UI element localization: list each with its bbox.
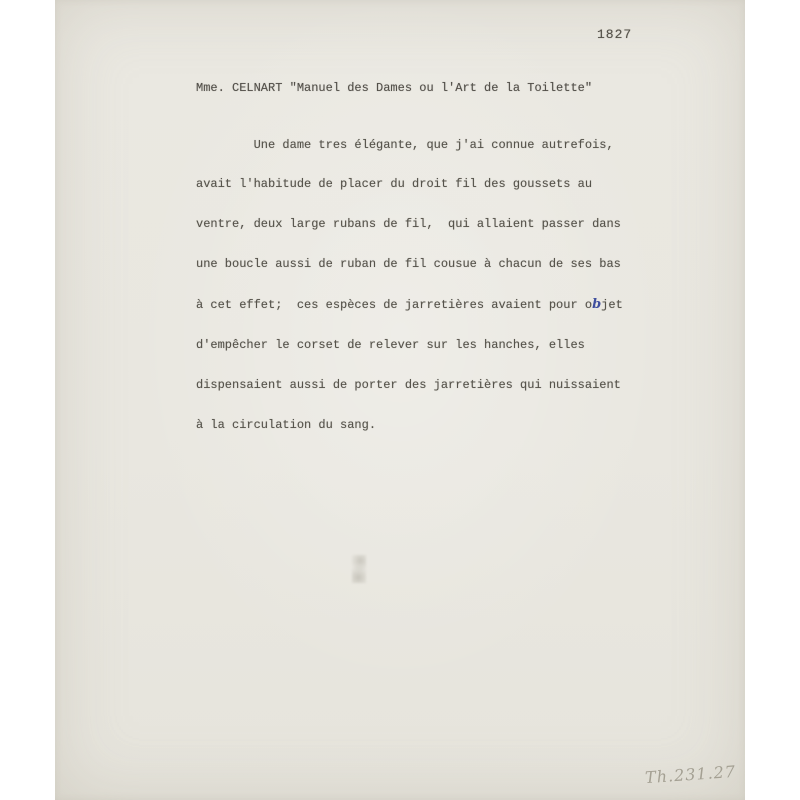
pencil-inscription: Th.231.27: [644, 762, 736, 787]
text-segment: jet: [601, 298, 623, 312]
document-page: 1827 Mme. CELNART "Manuel des Dames ou l…: [55, 0, 745, 800]
document-title: Mme. CELNART "Manuel des Dames ou l'Art …: [196, 81, 592, 95]
handwritten-correction-b: b: [592, 297, 601, 312]
text-segment: à cet effet; ces espèces de jarretières …: [196, 298, 592, 312]
text-line: à la circulation du sang.: [196, 419, 623, 432]
text-line: dispensaient aussi de porter des jarreti…: [196, 379, 623, 392]
scan-background: 1827 Mme. CELNART "Manuel des Dames ou l…: [0, 0, 800, 800]
text-line: une boucle aussi de ruban de fil cousue …: [196, 258, 623, 271]
page-number: 1827: [597, 27, 632, 42]
text-line-with-correction: à cet effet; ces espèces de jarretières …: [196, 298, 623, 312]
text-line: Une dame tres élégante, que j'ai connue …: [196, 139, 623, 152]
text-line: d'empêcher le corset de relever sur les …: [196, 339, 623, 352]
text-line: avait l'habitude de placer du droit fil …: [196, 178, 623, 191]
smudge-mark: [352, 555, 366, 583]
body-paragraph: Une dame tres élégante, que j'ai connue …: [196, 112, 623, 459]
text-line: ventre, deux large rubans de fil, qui al…: [196, 218, 623, 231]
